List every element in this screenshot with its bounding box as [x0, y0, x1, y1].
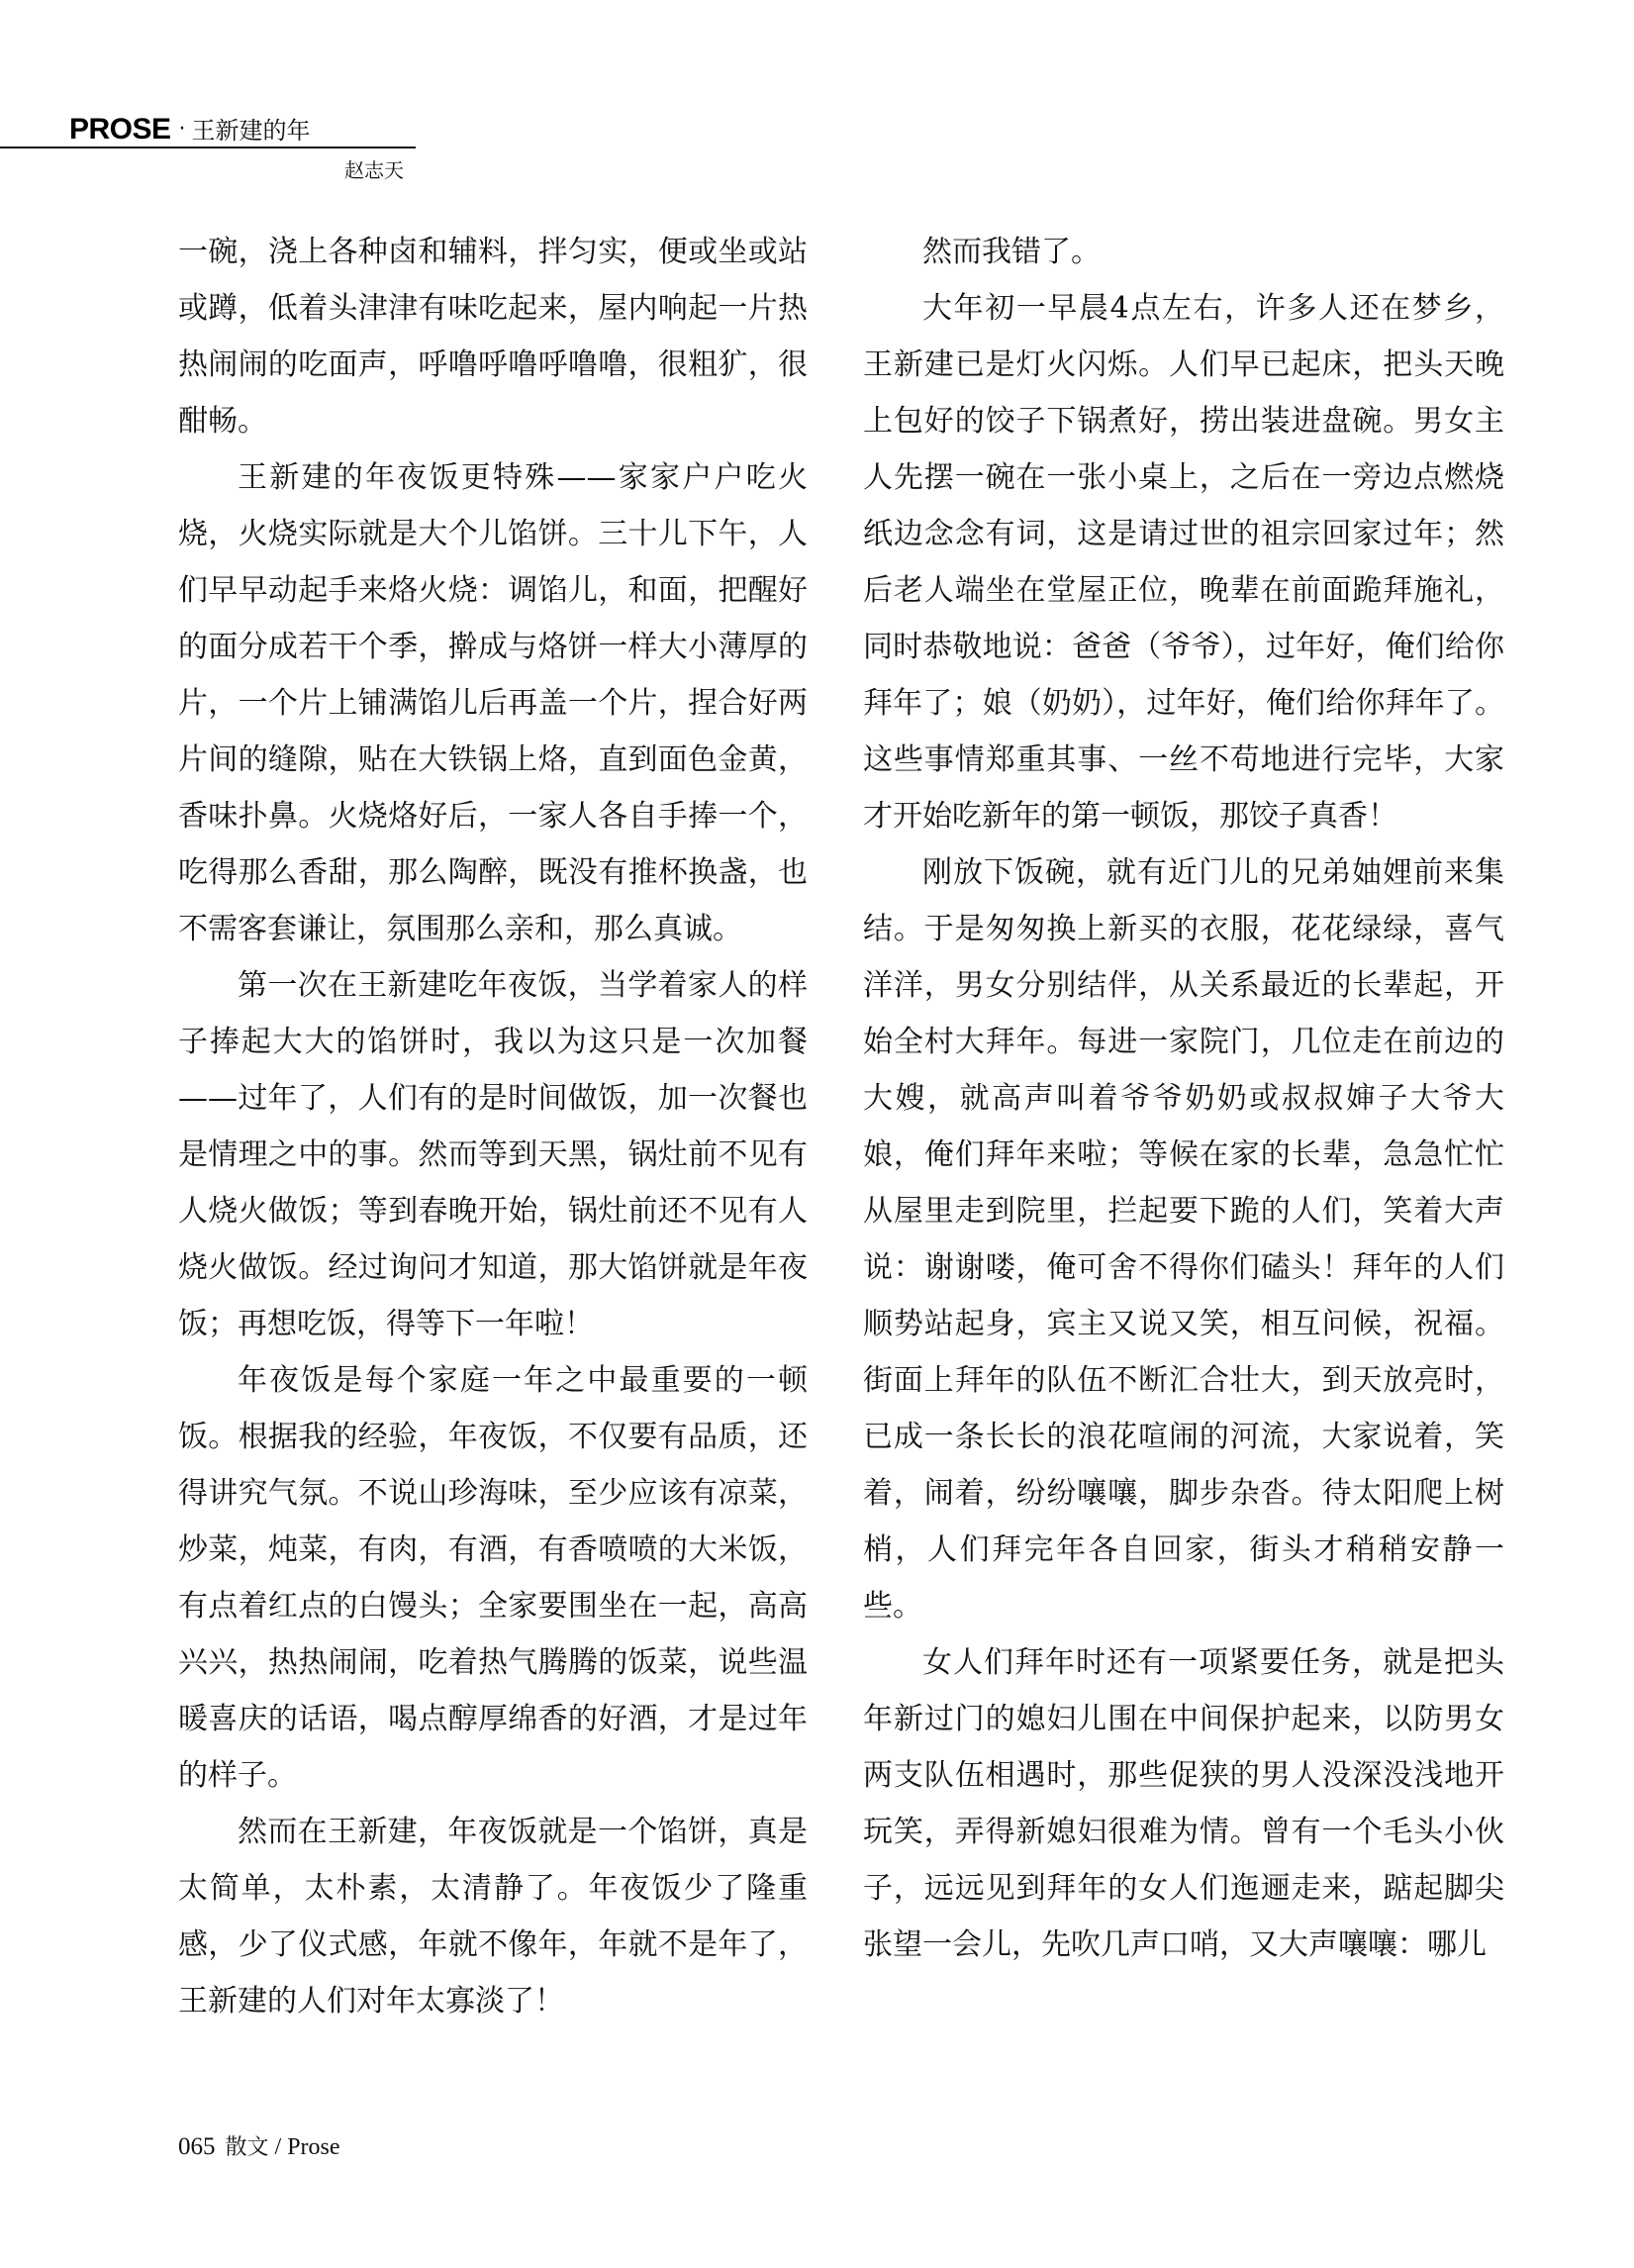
section-brand: PROSE [69, 113, 171, 146]
left-column: 一碗，浇上各种卤和辅料，拌匀实，便或坐或站或蹲，低着头津津有味吃起来，屋内响起一… [178, 224, 808, 2029]
section-name-en: Prose [287, 2134, 339, 2160]
paragraph: 女人们拜年时还有一项紧要任务，就是把头年新过门的媳妇儿围在中间保护起来，以防男女… [863, 1634, 1504, 1973]
footer-slash: / [269, 2134, 288, 2160]
page-header: PROSE·王新建的年 赵志天 [0, 111, 416, 190]
article-title: 王新建的年 [192, 117, 311, 145]
paragraph: 然而在王新建，年夜饭就是一个馅饼，真是太简单，太朴素，太清静了。年夜饭少了隆重感… [178, 1804, 808, 2029]
paragraph: 刚放下饭碗，就有近门儿的兄弟妯娌前来集结。于是匆匆换上新买的衣服，花花绿绿，喜气… [863, 844, 1504, 1634]
paragraph: 年夜饭是每个家庭一年之中最重要的一顿饭。根据我的经验，年夜饭，不仅要有品质，还得… [178, 1352, 808, 1804]
page-footer: 065散文 / Prose [178, 2130, 340, 2161]
paragraph: 第一次在王新建吃年夜饭，当学着家人的样子捧起大大的馅饼时，我以为这只是一次加餐—… [178, 957, 808, 1352]
paragraph: 大年初一早晨4点左右，许多人还在梦乡，王新建已是灯火闪烁。人们早已起床，把头天晚… [863, 280, 1504, 844]
section-name-zh: 散文 [226, 2135, 269, 2160]
paragraph: 王新建的年夜饭更特殊——家家户户吃火烧，火烧实际就是大个儿馅饼。三十儿下午，人们… [178, 449, 808, 957]
separator-dot: · [179, 117, 186, 142]
paragraph: 然而我错了。 [863, 224, 1504, 280]
article-author: 赵志天 [344, 154, 404, 183]
paragraph: 一碗，浇上各种卤和辅料，拌匀实，便或坐或站或蹲，低着头津津有味吃起来，屋内响起一… [178, 224, 808, 449]
header-rule [0, 147, 416, 148]
right-column: 然而我错了。 大年初一早晨4点左右，许多人还在梦乡，王新建已是灯火闪烁。人们早已… [863, 224, 1504, 1973]
page-number: 065 [178, 2133, 216, 2160]
